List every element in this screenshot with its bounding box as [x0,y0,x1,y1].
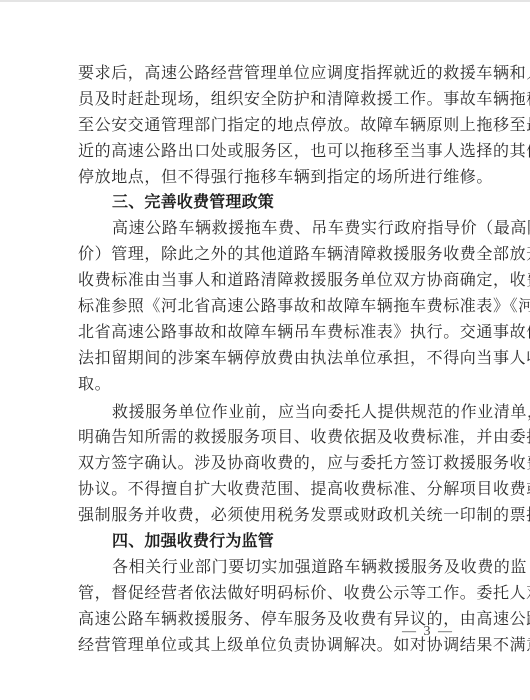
document-page: 要求后，高速公路经营管理单位应调度指挥就近的救援车辆和人 员及时赶赴现场，组织安… [78,60,456,657]
text-line: 收费标准由当事人和道路清障救援服务单位双方协商确定，收费 [78,267,456,293]
text-line: 强制服务并收费，必须使用税务发票或财政机关统一印制的票据。 [78,502,456,528]
text-line: 法扣留期间的涉案车辆停放费由执法单位承担，不得向当事人收 [78,345,456,371]
text-line: 经营管理单位或其上级单位负责协调解决。如对协调结果不满意， [78,632,456,658]
text-line: 各相关行业部门要切实加强道路车辆救援服务及收费的监 [78,554,456,580]
page-top-border [0,0,530,2]
text-line: 双方签字确认。涉及协商收费的，应与委托方签订救援服务收费 [78,450,456,476]
text-line: 救援服务单位作业前，应当向委托人提供规范的作业清单， [78,399,456,425]
section4-paragraph-1: 各相关行业部门要切实加强道路车辆救援服务及收费的监 管，督促经营者依法做好明码标… [78,554,456,658]
text-line: 至公安交通管理部门指定的地点停放。故障车辆原则上拖移至最 [78,112,456,138]
text-line: 价）管理，除此之外的其他道路车辆清障救援服务收费全部放开， [78,241,456,267]
text-line: 要求后，高速公路经营管理单位应调度指挥就近的救援车辆和人 [78,60,456,86]
text-line: 高速公路车辆救援服务、停车服务及收费有异议的，由高速公路 [78,606,456,632]
text-line: 标准参照《河北省高速公路事故和故障车辆拖车费标准表》《河 [78,293,456,319]
section-heading-4: 四、加强收费行为监管 [78,528,456,554]
text-line: 取。 [78,371,456,397]
page-number: — 3 — [402,624,454,640]
text-line: 近的高速公路出口处或服务区，也可以拖移至当事人选择的其他 [78,138,456,164]
text-line: 高速公路车辆救援拖车费、吊车费实行政府指导价（最高限 [78,215,456,241]
text-line: 停放地点，但不得强行拖移车辆到指定的场所进行维修。 [78,164,456,190]
text-line: 员及时赶赴现场，组织安全防护和清障救援工作。事故车辆拖移 [78,86,456,112]
paragraph-continued: 要求后，高速公路经营管理单位应调度指挥就近的救援车辆和人 员及时赶赴现场，组织安… [78,60,456,189]
text-line: 协议。不得擅自扩大收费范围、提高收费标准、分解项目收费或 [78,476,456,502]
section3-paragraph-2: 救援服务单位作业前，应当向委托人提供规范的作业清单， 明确告知所需的救援服务项目… [78,399,456,528]
text-line: 管，督促经营者依法做好明码标价、收费公示等工作。委托人对 [78,580,456,606]
text-line: 北省高速公路事故和故障车辆吊车费标准表》执行。交通事故依 [78,319,456,345]
text-line: 明确告知所需的救援服务项目、收费依据及收费标准，并由委托 [78,424,456,450]
section-heading-3: 三、完善收费管理政策 [78,189,456,215]
section3-paragraph-1: 高速公路车辆救援拖车费、吊车费实行政府指导价（最高限 价）管理，除此之外的其他道… [78,215,456,396]
